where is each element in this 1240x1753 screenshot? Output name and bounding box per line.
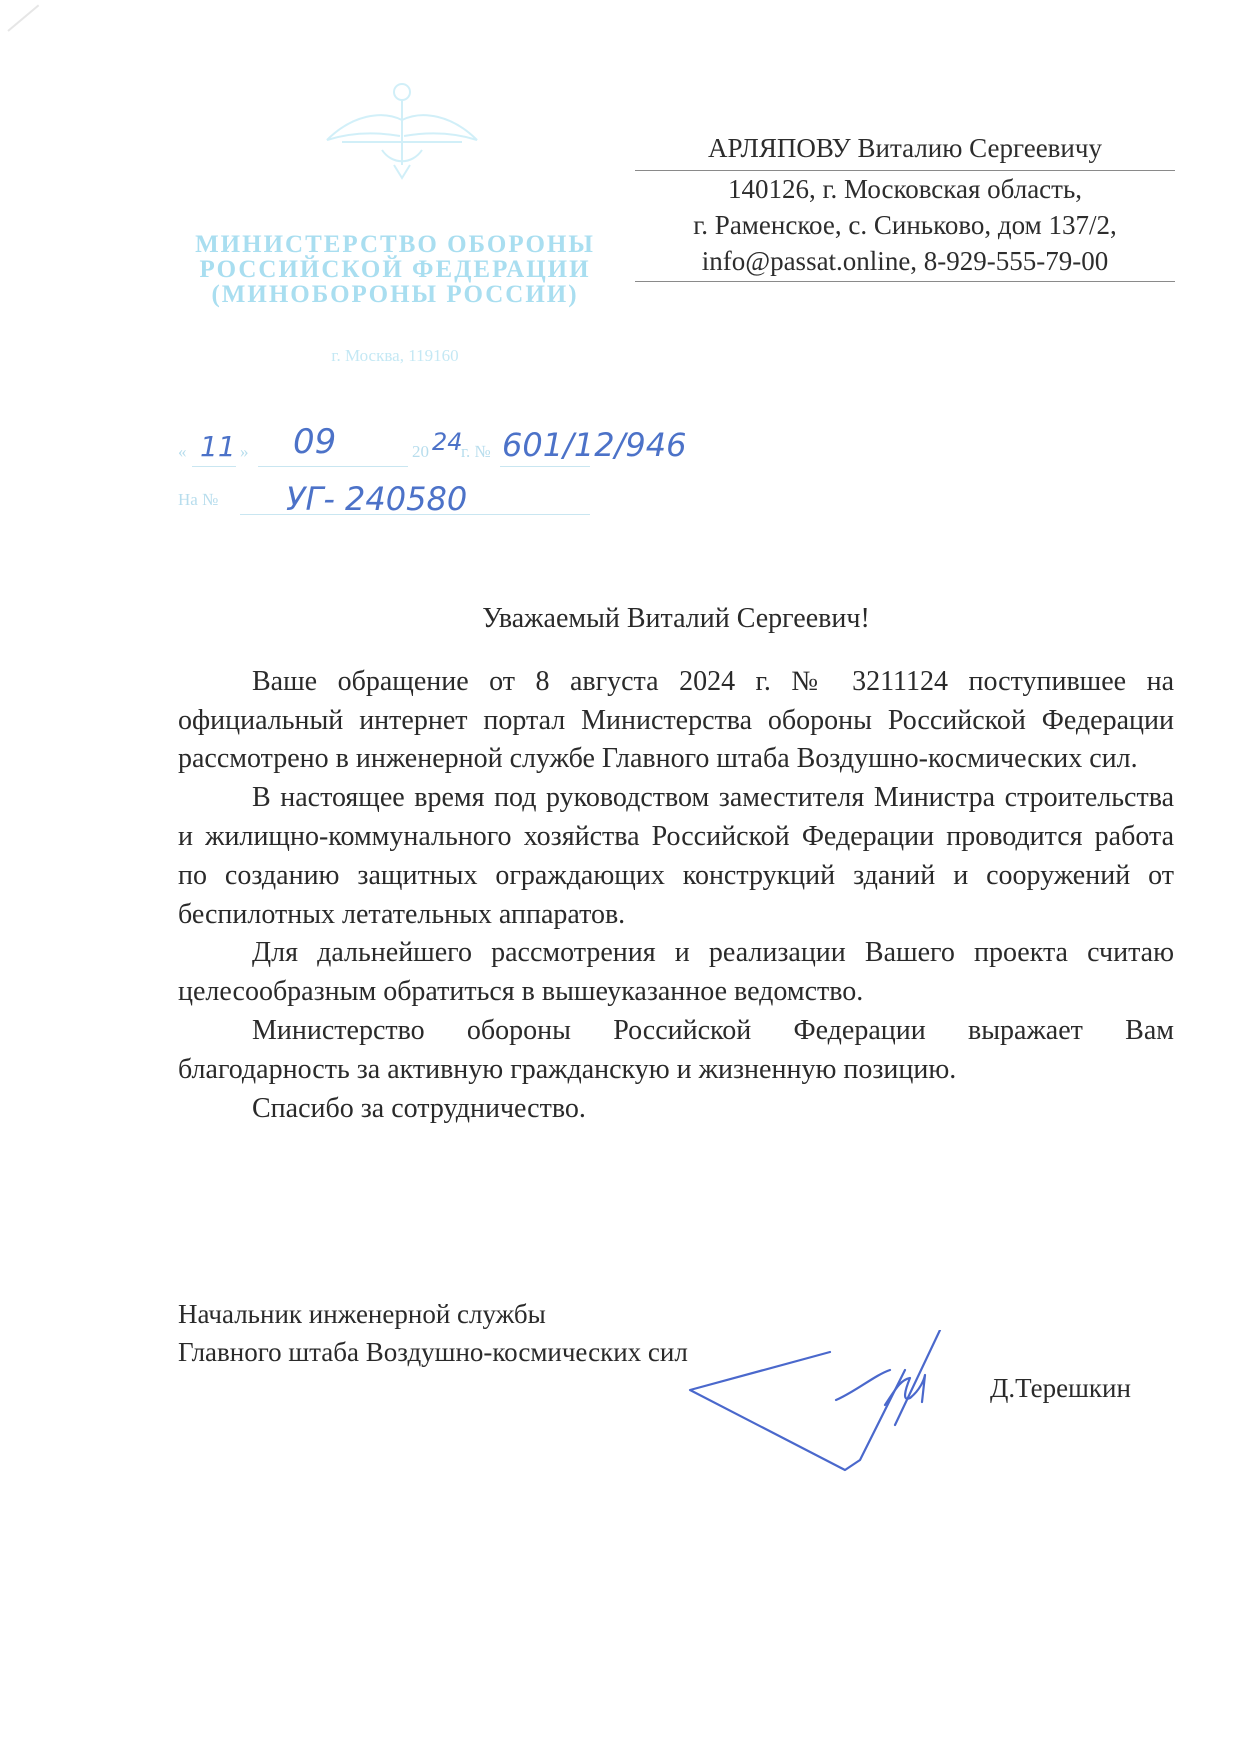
ministry-line-2: РОССИЙСКОЙ ФЕДЕРАЦИИ (190, 257, 600, 282)
open-quote: « (178, 442, 187, 462)
greeting: Уважаемый Виталий Сергеевич! (178, 600, 1174, 639)
position-line-1: Начальник инженерной службы (178, 1295, 688, 1333)
signatory-position: Начальник инженерной службы Главного шта… (178, 1295, 688, 1371)
paragraph-1: Ваше обращение от 8 августа 2024 г. № 32… (178, 663, 1174, 779)
ministry-line-1: МИНИСТЕРСТВО ОБОРОНЫ (190, 232, 600, 257)
registration-block: « 11 » 09 20 24 г. № 601/12/946 На № УГ-… (178, 428, 738, 528)
eagle-emblem-icon (322, 70, 482, 180)
month-value: 09 (293, 422, 336, 462)
ministry-city: г. Москва, 119160 (190, 346, 600, 366)
position-line-2: Главного штаба Воздушно-космических сил (178, 1333, 688, 1371)
month-underline (258, 466, 408, 467)
letter-body: Уважаемый Виталий Сергеевич! Ваше обраще… (178, 600, 1174, 1128)
close-quote: » (240, 442, 249, 462)
day-underline (192, 466, 236, 467)
recipient-address-line-2: г. Раменское, с. Синьково, дом 137/2, (635, 207, 1175, 243)
reply-to-label: На № (178, 490, 218, 510)
paragraph-4: Министерство обороны Российской Федераци… (178, 1012, 1174, 1090)
signer-name: Д.Терешкин (990, 1373, 1131, 1404)
outgoing-number-underline (500, 466, 590, 467)
paragraph-3: Для дальнейшего рассмотрения и реализаци… (178, 934, 1174, 1012)
handwritten-signature-icon (680, 1330, 1000, 1490)
recipient-block: АРЛЯПОВУ Виталию Сергеевичу 140126, г. М… (635, 130, 1175, 282)
paragraph-2: В настоящее время под руководством замес… (178, 779, 1174, 934)
recipient-name: АРЛЯПОВУ Виталию Сергеевичу (635, 130, 1175, 171)
year-prefix: 20 (412, 442, 429, 462)
scan-artifact (7, 5, 39, 32)
year-suffix: 24 (432, 428, 463, 456)
year-number-label: г. № (461, 442, 491, 462)
paragraph-5: Спасибо за сотрудничество. (178, 1090, 1174, 1129)
recipient-contacts: info@passat.online, 8-929-555-79-00 (635, 243, 1175, 282)
day-value: 11 (200, 430, 236, 463)
ministry-line-3: (МИНОБОРОНЫ РОССИИ) (190, 282, 600, 307)
recipient-address-line-1: 140126, г. Московская область, (635, 171, 1175, 207)
reply-to-number: УГ- 240580 (286, 480, 467, 518)
ministry-letterhead: МИНИСТЕРСТВО ОБОРОНЫ РОССИЙСКОЙ ФЕДЕРАЦИ… (190, 232, 600, 307)
outgoing-number: 601/12/946 (502, 426, 686, 464)
